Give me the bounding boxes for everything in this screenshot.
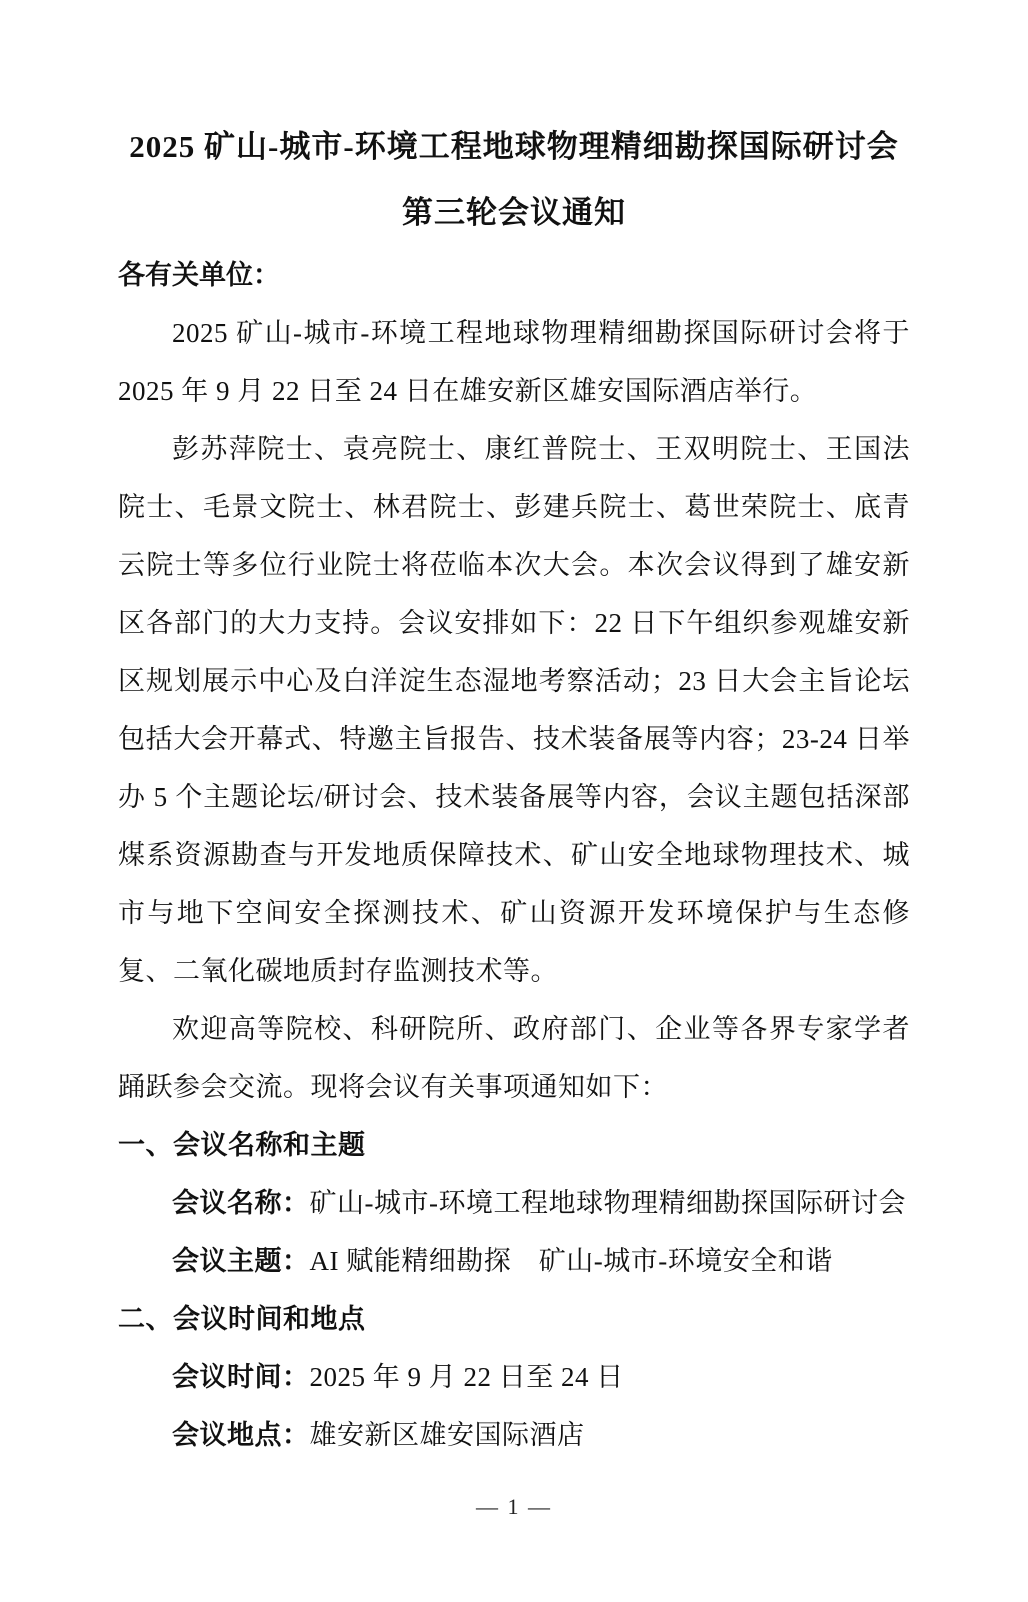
title-line-2: 第三轮会议通知 [118, 180, 910, 246]
section-heading-name-theme: 一、会议名称和主题 [118, 1116, 910, 1174]
item-conference-theme: 会议主题：AI 赋能精细勘探 矿山-城市-环境安全和谐 [118, 1232, 910, 1290]
salutation: 各有关单位： [118, 246, 910, 304]
page-number: — 1 — [0, 1494, 1028, 1520]
item-conference-time: 会议时间：2025 年 9 月 22 日至 24 日 [118, 1348, 910, 1406]
item-conference-name: 会议名称：矿山-城市-环境工程地球物理精细勘探国际研讨会 [118, 1174, 910, 1232]
document-title: 2025 矿山-城市-环境工程地球物理精细勘探国际研讨会 第三轮会议通知 [118, 114, 910, 246]
title-line-1: 2025 矿山-城市-环境工程地球物理精细勘探国际研讨会 [118, 114, 910, 180]
item-conference-place: 会议地点：雄安新区雄安国际酒店 [118, 1406, 910, 1464]
item-label-conference-place: 会议地点： [172, 1420, 310, 1450]
document-page: 2025 矿山-城市-环境工程地球物理精细勘探国际研讨会 第三轮会议通知 各有关… [0, 0, 1028, 1602]
item-value-conference-theme: AI 赋能精细勘探 矿山-城市-环境安全和谐 [310, 1246, 833, 1276]
section-heading-time-place: 二、会议时间和地点 [118, 1290, 910, 1348]
item-label-conference-name: 会议名称： [172, 1188, 310, 1218]
item-value-conference-time: 2025 年 9 月 22 日至 24 日 [310, 1362, 624, 1392]
item-value-conference-name: 矿山-城市-环境工程地球物理精细勘探国际研讨会 [310, 1188, 906, 1218]
paragraph-intro: 2025 矿山-城市-环境工程地球物理精细勘探国际研讨会将于 2025 年 9 … [118, 304, 910, 420]
item-label-conference-time: 会议时间： [172, 1362, 310, 1392]
item-value-conference-place: 雄安新区雄安国际酒店 [310, 1420, 585, 1450]
item-label-conference-theme: 会议主题： [172, 1246, 310, 1276]
paragraph-academicians-agenda: 彭苏萍院士、袁亮院士、康红普院士、王双明院士、王国法院士、毛景文院士、林君院士、… [118, 420, 910, 1000]
paragraph-welcome: 欢迎高等院校、科研院所、政府部门、企业等各界专家学者踊跃参会交流。现将会议有关事… [118, 1000, 910, 1116]
